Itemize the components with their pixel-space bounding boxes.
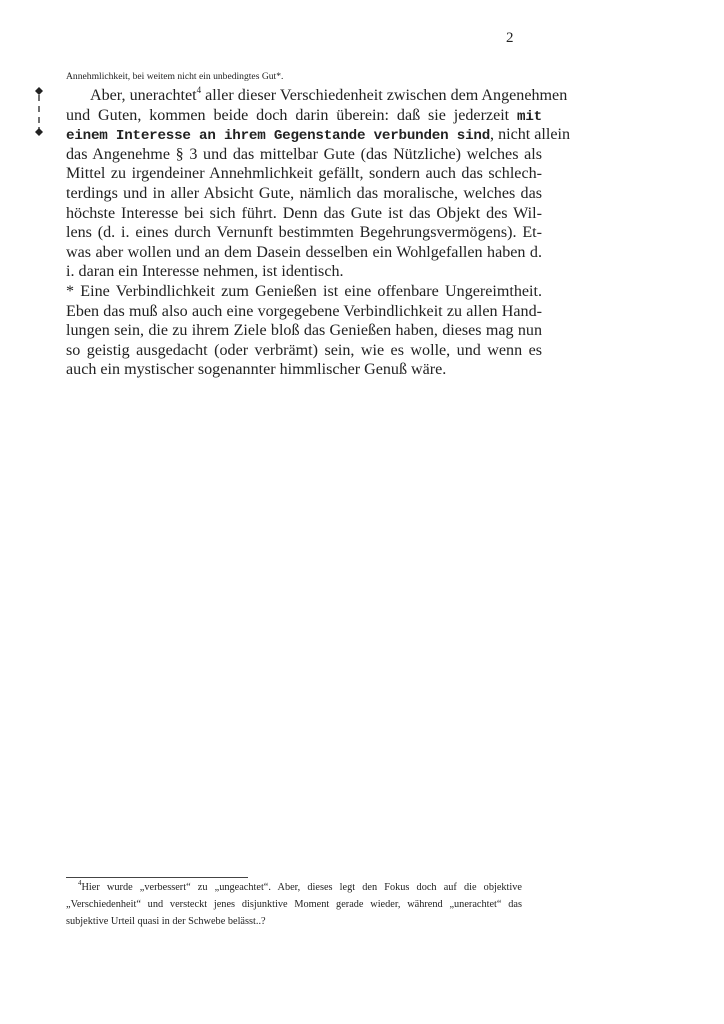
asterisk-note-line: lungen sein, die zu ihrem Ziele bloß das… [66, 321, 542, 341]
emphasis-mono-text: einem Interesse an ihrem Gegenstande ver… [66, 128, 490, 144]
paragraph-line: terdings und in aller Absicht Gute, näml… [66, 184, 542, 204]
text-run: Aber, unerachtet [90, 87, 197, 104]
text-run: , nicht allein [490, 126, 570, 143]
paragraph-line: höchste Interesse bei sich führt. Denn d… [66, 204, 542, 224]
footnote-line: 4Hier wurde „verbessert“ zu „ungeachtet“… [66, 880, 522, 897]
paragraph-line: und Guten, kommen beide doch darin übere… [66, 106, 542, 126]
paragraph-line: was aber wollen und an dem Dasein dessel… [66, 243, 542, 263]
footnote-line: „Verschiedenheit“ und versteckt jenes di… [66, 897, 522, 914]
emphasis-mono-text: mit [517, 109, 542, 125]
footnote-separator-rule [66, 877, 248, 878]
asterisk-note-line: * Eine Verbindlichkeit zum Genießen ist … [66, 282, 542, 302]
footnote: 4Hier wurde „verbessert“ zu „ungeachtet“… [66, 880, 522, 930]
paragraph-line: das Angenehme § 3 und das mittelbar Gute… [66, 145, 542, 165]
paragraph-line: Mittel zu irgendeiner Annehmlichkeit gef… [66, 164, 542, 184]
paragraph-line: Aber, unerachtet4 aller dieser Verschied… [66, 86, 542, 106]
asterisk-note-line: auch ein mystischer sogenannter himmlisc… [66, 360, 542, 380]
main-text-block: Aber, unerachtet4 aller dieser Verschied… [66, 86, 542, 380]
asterisk-note-line: so geistig ausgedacht (oder verbrämt) se… [66, 341, 542, 361]
asterisk-note-line: Eben das muß also auch eine vorgegebene … [66, 302, 542, 322]
text-run: Hier wurde „verbessert“ zu „ungeachtet“.… [82, 882, 523, 893]
carryover-text-line: Annehmlichkeit, bei weitem nicht ein unb… [66, 71, 283, 82]
text-run: und Guten, kommen beide doch darin übere… [66, 107, 517, 124]
paragraph-line: einem Interesse an ihrem Gegenstande ver… [66, 125, 542, 145]
paragraph-line: lens (d. i. eines durch Vernunft bestimm… [66, 223, 542, 243]
text-run: aller dieser Verschiedenheit zwischen de… [201, 87, 567, 104]
page-number: 2 [506, 30, 514, 47]
footnote-line: subjektive Urteil quasi in der Schwebe b… [66, 914, 522, 931]
paragraph-line: i. daran ein Interesse nehmen, ist ident… [66, 262, 542, 282]
change-bar-marker-icon [34, 87, 44, 139]
